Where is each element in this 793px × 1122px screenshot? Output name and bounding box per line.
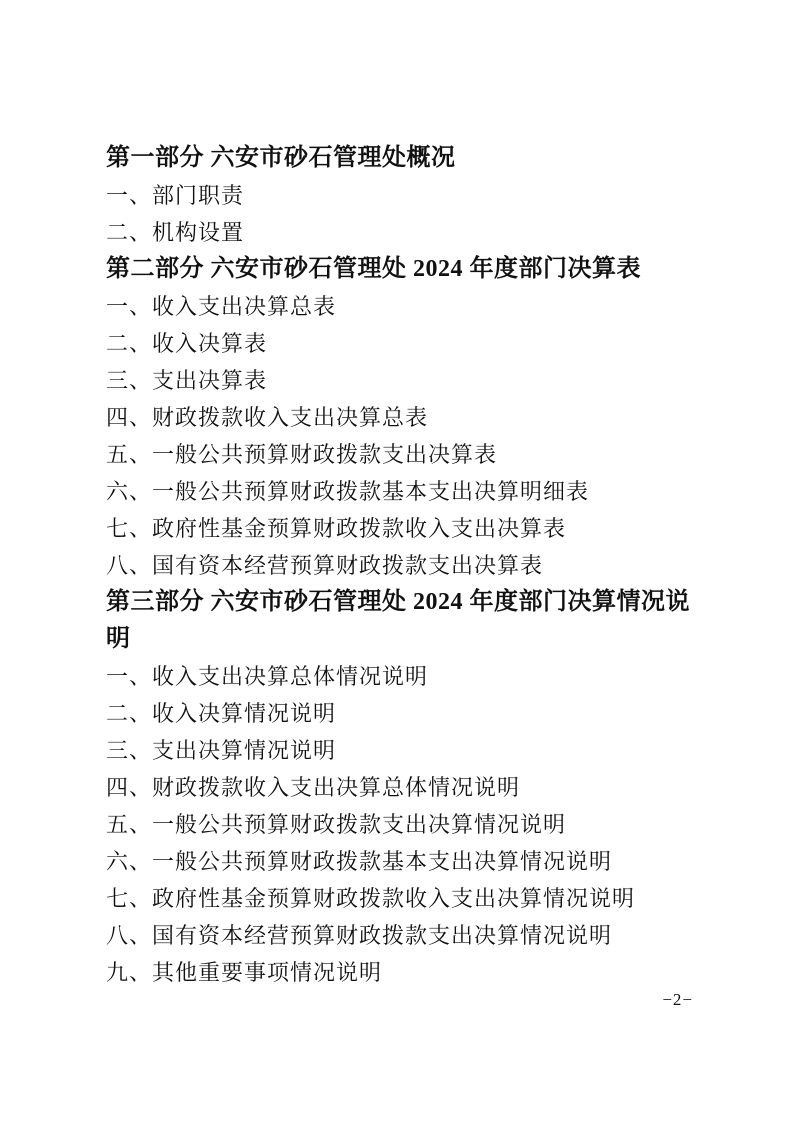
toc-section-1-heading: 第一部分 六安市砂石管理处概况 xyxy=(106,140,696,177)
toc-section-2-heading: 第二部分 六安市砂石管理处 2024 年度部门决算表 xyxy=(106,251,696,288)
toc-item: 六、一般公共预算财政拨款基本支出决算明细表 xyxy=(106,473,696,510)
toc-item: 七、政府性基金预算财政拨款收入支出决算表 xyxy=(106,510,696,547)
toc-item: 一、收入支出决算总体情况说明 xyxy=(106,658,696,695)
toc-item: 二、机构设置 xyxy=(106,214,696,251)
toc-item: 七、政府性基金预算财政拨款收入支出决算情况说明 xyxy=(106,880,696,917)
toc-item: 三、支出决算情况说明 xyxy=(106,732,696,769)
toc-item: 五、一般公共预算财政拨款支出决算表 xyxy=(106,436,696,473)
page-number: −2− xyxy=(662,990,693,1010)
document-page: 第一部分 六安市砂石管理处概况 一、部门职责 二、机构设置 第二部分 六安市砂石… xyxy=(0,0,793,1122)
toc-item: 八、国有资本经营预算财政拨款支出决算情况说明 xyxy=(106,917,696,954)
toc-item: 三、支出决算表 xyxy=(106,362,696,399)
toc-section-3-heading: 第三部分 六安市砂石管理处 2024 年度部门决算情况说明 xyxy=(106,584,696,658)
toc-item: 五、一般公共预算财政拨款支出决算情况说明 xyxy=(106,806,696,843)
toc-item: 二、收入决算表 xyxy=(106,325,696,362)
toc-item: 九、其他重要事项情况说明 xyxy=(106,954,696,991)
table-of-contents: 第一部分 六安市砂石管理处概况 一、部门职责 二、机构设置 第二部分 六安市砂石… xyxy=(106,140,696,991)
toc-item: 六、一般公共预算财政拨款基本支出决算情况说明 xyxy=(106,843,696,880)
toc-item: 四、财政拨款收入支出决算总体情况说明 xyxy=(106,769,696,806)
toc-item: 八、国有资本经营预算财政拨款支出决算表 xyxy=(106,547,696,584)
toc-item: 一、收入支出决算总表 xyxy=(106,288,696,325)
toc-item: 四、财政拨款收入支出决算总表 xyxy=(106,399,696,436)
toc-item: 二、收入决算情况说明 xyxy=(106,695,696,732)
toc-item: 一、部门职责 xyxy=(106,177,696,214)
